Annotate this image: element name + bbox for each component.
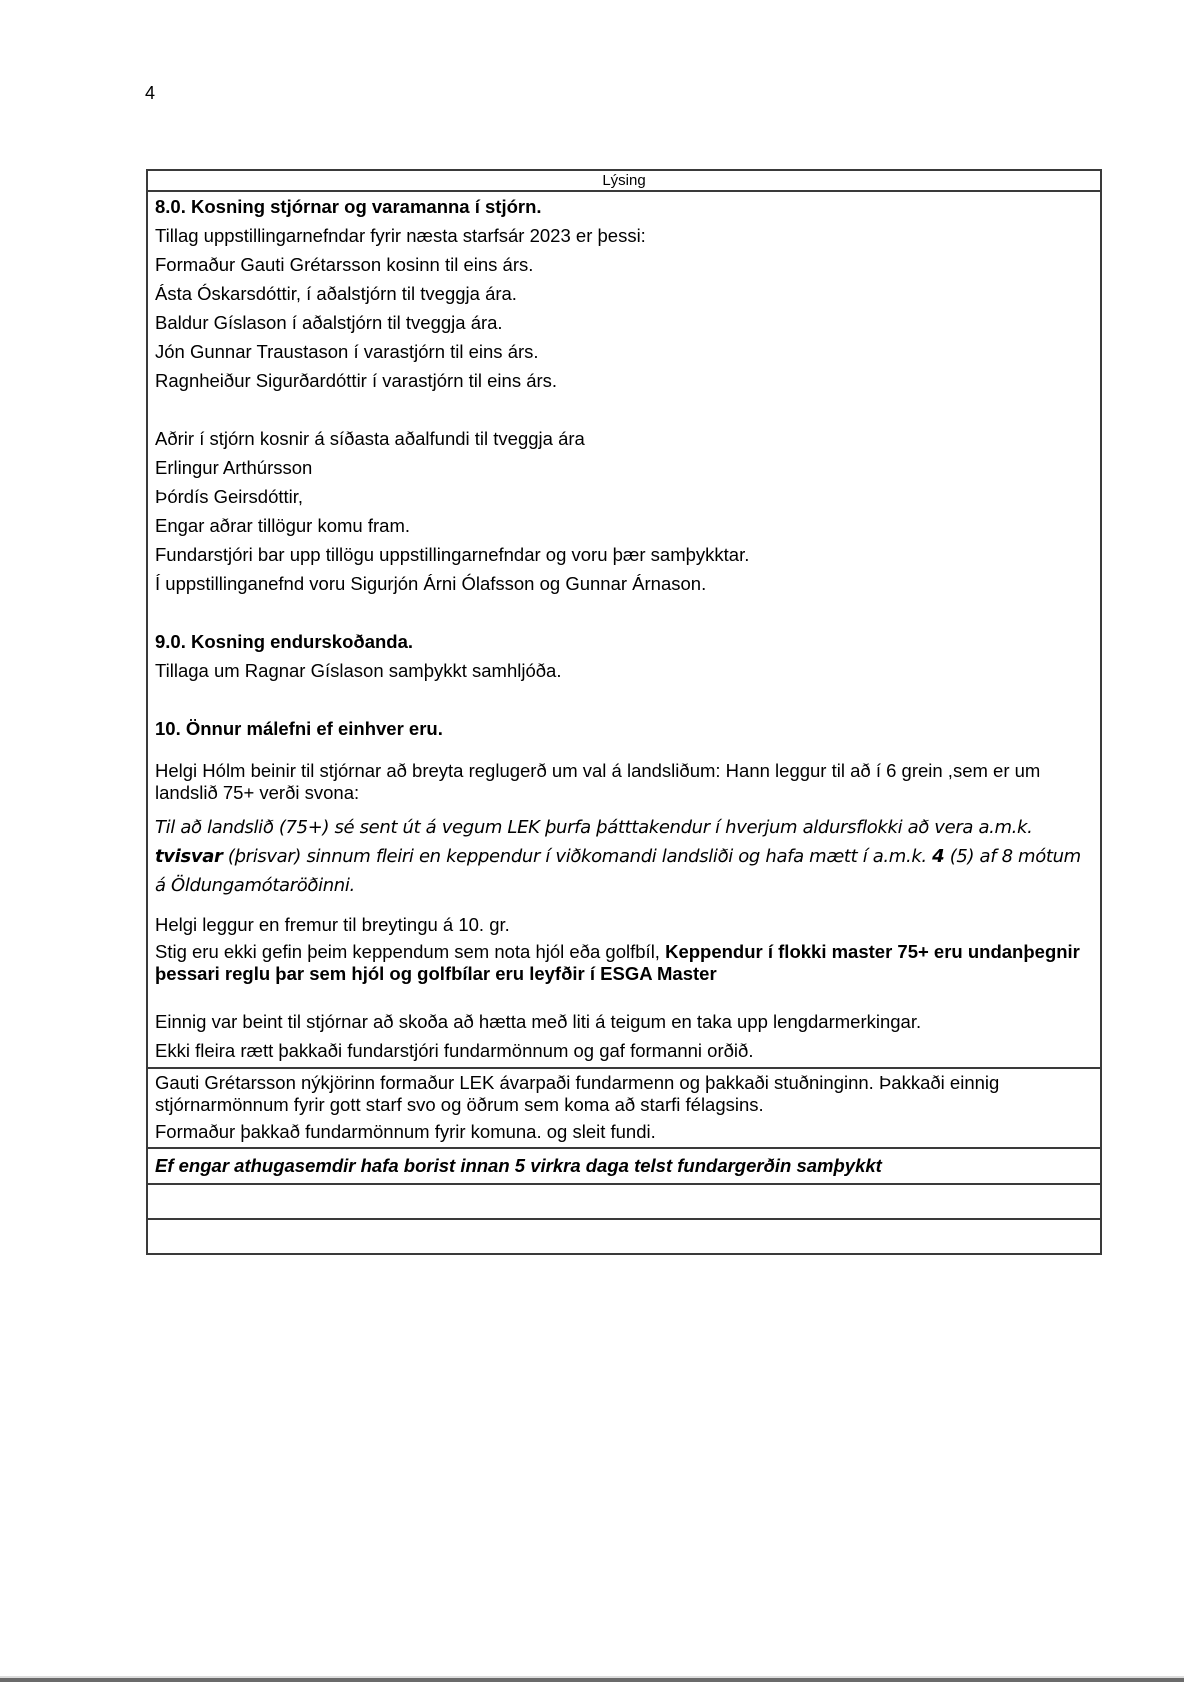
section-8-line: Formaður Gauti Grétarsson kosinn til ein… <box>155 250 1093 279</box>
closing-line: Einnig var beint til stjórnar að skoða a… <box>155 1007 1093 1036</box>
chair-address-cell: Gauti Grétarsson nýkjörinn formaður LEK … <box>148 1067 1100 1147</box>
table-header: Lýsing <box>148 171 1100 192</box>
spacer <box>155 989 1093 1007</box>
section-8-others-line: Fundarstjóri bar upp tillögu uppstilling… <box>155 540 1093 569</box>
empty-row <box>148 1218 1100 1253</box>
section-8-line: Ragnheiður Sigurðardóttir í varastjórn t… <box>155 366 1093 395</box>
rule-text: Stig eru ekki gefin þeim keppendum sem n… <box>155 939 1093 989</box>
proposal-part: Til að landslið (75+) sé sent út á vegum… <box>155 817 1033 838</box>
proposal-emphasis: 4 <box>932 846 944 867</box>
spacer <box>155 685 1093 714</box>
rule-normal: Stig eru ekki gefin þeim keppendum sem n… <box>155 941 665 962</box>
section-8-line: Ásta Óskarsdóttir, í aðalstjórn til tveg… <box>155 279 1093 308</box>
page-number: 4 <box>145 83 155 104</box>
section-8-line: Baldur Gíslason í aðalstjórn til tveggja… <box>155 308 1093 337</box>
proposal-text: Til að landslið (75+) sé sent út á vegum… <box>155 808 1093 904</box>
section-8-others-line: Aðrir í stjórn kosnir á síðasta aðalfund… <box>155 424 1093 453</box>
change-line: Helgi leggur en fremur til breytingu á 1… <box>155 910 1093 939</box>
meeting-closed-line: Formaður þakkað fundarmönnum fyrir komun… <box>155 1119 1093 1145</box>
minutes-table: Lýsing 8.0. Kosning stjórnar og varamann… <box>146 169 1102 1255</box>
section-10-intro: Helgi Hólm beinir til stjórnar að breyta… <box>155 757 1093 808</box>
section-8-title: 8.0. Kosning stjórnar og varamanna í stj… <box>155 192 1093 221</box>
main-content-cell: 8.0. Kosning stjórnar og varamanna í stj… <box>148 192 1100 1067</box>
section-8-line: Tillag uppstillingarnefndar fyrir næsta … <box>155 221 1093 250</box>
chair-address-text: Gauti Grétarsson nýkjörinn formaður LEK … <box>155 1072 1093 1119</box>
empty-row <box>148 1183 1100 1218</box>
section-8-others-line: Í uppstillinganefnd voru Sigurjón Árni Ó… <box>155 569 1093 598</box>
section-8-others-line: Engar aðrar tillögur komu fram. <box>155 511 1093 540</box>
spacer <box>155 598 1093 627</box>
spacer <box>155 395 1093 424</box>
viewer-bottom-edge <box>0 1676 1184 1682</box>
proposal-emphasis: tvisvar <box>155 846 223 867</box>
closing-line: Ekki fleira rætt þakkaði fundarstjóri fu… <box>155 1036 1093 1065</box>
section-10-title: 10. Önnur málefni ef einhver eru. <box>155 714 1093 743</box>
section-8-others-line: Þórdís Geirsdóttir, <box>155 482 1093 511</box>
section-8-others-line: Erlingur Arthúrsson <box>155 453 1093 482</box>
spacer <box>155 743 1093 757</box>
approval-note: Ef engar athugasemdir hafa borist innan … <box>148 1147 1100 1183</box>
section-9-title: 9.0. Kosning endurskoðanda. <box>155 627 1093 656</box>
proposal-part: (þrisvar) sinnum fleiri en keppendur í v… <box>223 846 933 867</box>
section-9-text: Tillaga um Ragnar Gíslason samþykkt samh… <box>155 656 1093 685</box>
section-8-line: Jón Gunnar Traustason í varastjórn til e… <box>155 337 1093 366</box>
